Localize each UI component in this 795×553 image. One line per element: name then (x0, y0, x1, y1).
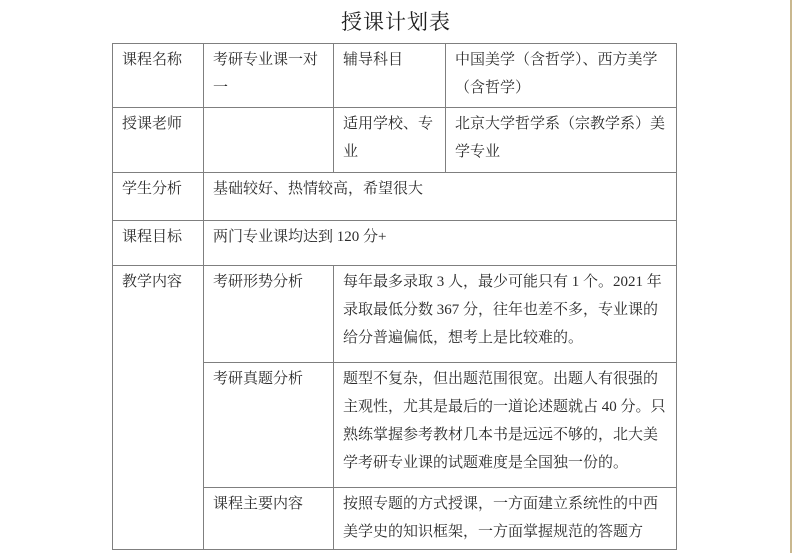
cell-teaching-content-label: 教学内容 (113, 266, 204, 550)
document-title: 授课计划表 (0, 8, 792, 36)
cell-course-name-label: 课程名称 (113, 44, 204, 108)
cell-teacher-value (204, 108, 334, 173)
subrow-past-papers: 考研真题分析 题型不复杂，但出题范围很宽。出题人有很强的主观性，尤其是最后的一道… (204, 363, 677, 488)
cell-school-major-value: 北京大学哲学系（宗教学系）美学专业 (446, 108, 677, 173)
teaching-plan-table: 课程名称 考研专业课一对一 辅导科目 中国美学（含哲学）、西方美学（含哲学） 授… (112, 43, 677, 550)
subrow-main-content: 课程主要内容 按照专题的方式授课，一方面建立系统性的中西美学史的知识框架，一方面… (204, 488, 677, 550)
document-page: 授课计划表 课程名称 考研专业课一对一 辅导科目 中国美学（含哲学）、西方美学（… (0, 0, 795, 553)
cell-school-major-label: 适用学校、专业 (334, 108, 446, 173)
cell-main-content-value: 按照专题的方式授课，一方面建立系统性的中西美学史的知识框架，一方面掌握规范的答题… (334, 488, 677, 550)
table-row-teacher: 授课老师 适用学校、专业 北京大学哲学系（宗教学系）美学专业 (113, 108, 677, 173)
cell-student-analysis-label: 学生分析 (113, 173, 204, 221)
cell-exam-situation-value: 每年最多录取 3 人，最少可能只有 1 个。2021 年录取最低分数 367 分… (334, 266, 677, 363)
cell-main-content-label: 课程主要内容 (204, 488, 334, 550)
cell-course-goal-value: 两门专业课均达到 120 分+ (204, 221, 677, 266)
cell-teacher-label: 授课老师 (113, 108, 204, 173)
cell-course-goal-label: 课程目标 (113, 221, 204, 266)
teaching-content-subtable: 考研形势分析 每年最多录取 3 人，最少可能只有 1 个。2021 年录取最低分… (204, 266, 677, 550)
table-row-course-goal: 课程目标 两门专业课均达到 120 分+ (113, 221, 677, 266)
page-edge-right (790, 0, 792, 553)
cell-tutoring-subject-label: 辅导科目 (334, 44, 446, 108)
table-row-course-name: 课程名称 考研专业课一对一 辅导科目 中国美学（含哲学）、西方美学（含哲学） (113, 44, 677, 108)
cell-exam-situation-label: 考研形势分析 (204, 266, 334, 363)
cell-student-analysis-value: 基础较好、热情较高，希望很大 (204, 173, 677, 221)
table-row-teaching-content: 教学内容 考研形势分析 每年最多录取 3 人，最少可能只有 1 个。2021 年… (113, 266, 677, 550)
table-row-student-analysis: 学生分析 基础较好、热情较高，希望很大 (113, 173, 677, 221)
subrow-exam-situation: 考研形势分析 每年最多录取 3 人，最少可能只有 1 个。2021 年录取最低分… (204, 266, 677, 363)
cell-tutoring-subject-value: 中国美学（含哲学）、西方美学（含哲学） (446, 44, 677, 108)
cell-past-papers-label: 考研真题分析 (204, 363, 334, 488)
cell-course-name-value: 考研专业课一对一 (204, 44, 334, 108)
cell-past-papers-value: 题型不复杂，但出题范围很宽。出题人有很强的主观性，尤其是最后的一道论述题就占 4… (334, 363, 677, 488)
